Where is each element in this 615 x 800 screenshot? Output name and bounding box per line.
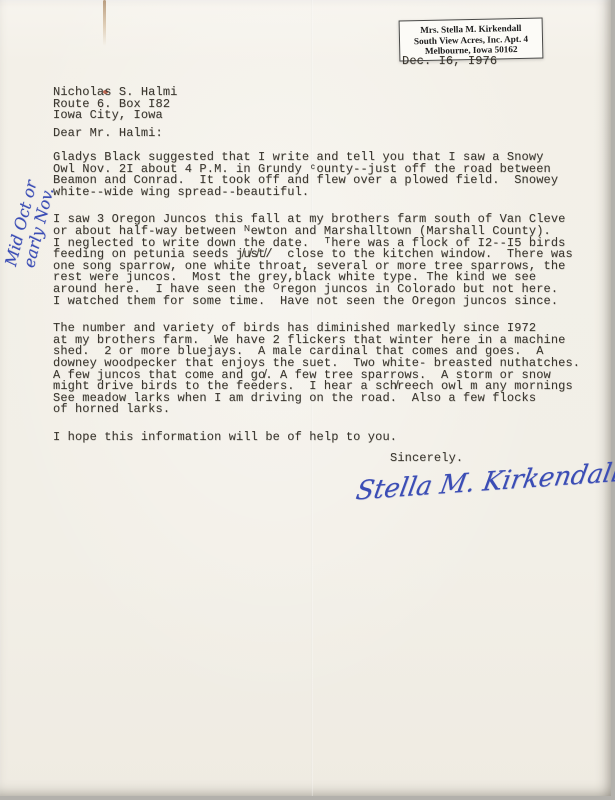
paragraph-oregon-juncos: I saw 3 Oregon Juncos this fall at my br… [53,214,598,307]
letter-paper: Mrs. Stella M. Kirkendall South View Acr… [0,0,611,796]
paragraph-bird-variety: The number and variety of birds has dimi… [53,323,598,416]
recipient-address: Nicholas S. Halmi Route 6. Box I82 Iowa … [53,87,177,122]
date-line: Dec. I6, I976 [402,56,497,68]
rust-stain [103,0,106,46]
scanned-letter-page: { "address_label": { "text": "Mrs. Stell… [0,0,615,800]
handwritten-signature: Stella M. Kirkendall [354,461,598,504]
paragraph-snowy-owl: Gladys Black suggested that I write and … [53,152,598,198]
letter-body: Gladys Black suggested that I write and … [53,152,598,465]
closing-line: I hope this information will be of help … [53,432,598,444]
